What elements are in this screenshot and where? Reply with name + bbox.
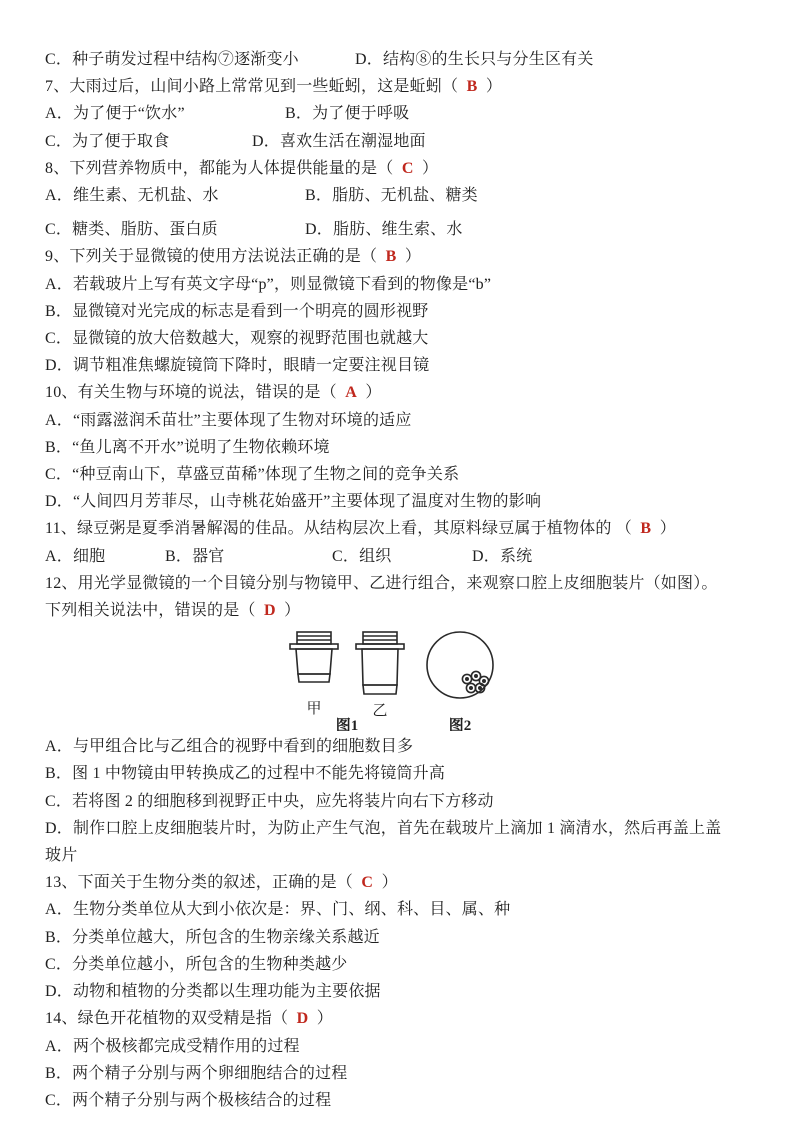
answer-letter: C: [402, 160, 414, 177]
text-segment: D．“人间四月芳菲尽，山寺桃花始盛开”主要体现了温度对生物的影响: [45, 493, 541, 510]
text-segment: D．调节粗准焦螺旋镜筒下降时，眼睛一定要注视目镜: [45, 357, 429, 374]
text-segment: D．脂肪、维生索、水: [305, 221, 463, 238]
text-segment: B．显微镜对光完成的标志是看到一个明亮的圆形视野: [45, 303, 428, 320]
text-segment: C．“种豆南山下，草盛豆苗稀”体现了生物之间的竞争关系: [45, 466, 459, 483]
field-of-view-icon: [427, 632, 493, 698]
answer-letter: D: [264, 602, 276, 619]
text-segment: ）: [357, 384, 382, 401]
question12-figure: 甲 乙 图1 图2: [37, 627, 747, 731]
text-segment: C．组织: [332, 543, 472, 570]
text-segment: ）: [396, 248, 421, 265]
text-segment: 12、用光学显微镜的一个目镜分别与物镜甲、乙进行组合，来观察口腔上皮细胞装片（如…: [45, 575, 718, 592]
text-segment: C．两个精子分别与两个极核结合的过程: [45, 1092, 331, 1109]
text-line: A．为了便于“饮水”B．为了便于呼吸: [45, 100, 755, 127]
microscope-figure-svg: 甲 乙 图1 图2: [267, 627, 517, 731]
text-line: B．分类单位越大，所包含的生物亲缘关系越近: [45, 924, 755, 951]
text-segment: B．图 1 中物镜由甲转换成乙的过程中不能先将镜筒升高: [45, 765, 445, 782]
text-line: B．两个精子分别与两个卵细胞结合的过程: [45, 1060, 755, 1087]
text-line: A．若载玻片上写有英文字母“p”，则显微镜下看到的物像是“b”: [45, 271, 755, 298]
text-segment: A．为了便于“饮水”: [45, 100, 285, 127]
text-line: D．制作口腔上皮细胞装片时，为防止产生气泡，首先在载玻片上滴加 1 滴清水，然后…: [45, 815, 755, 842]
text-line: 9、下列关于显微镜的使用方法说法正确的是（ B ）: [45, 243, 755, 270]
text-line: 11、绿豆粥是夏季消暑解渴的佳品。从结构层次上看，其原料绿豆属于植物体的 （ B…: [45, 515, 755, 542]
text-segment: 14、绿色开花植物的双受精是指（: [45, 1010, 297, 1027]
text-line: C．分类单位越小，所包含的生物种类越少: [45, 951, 755, 978]
text-line: 8、下列营养物质中，都能为人体提供能量的是（ C ）: [45, 155, 755, 182]
text-line: 玻片: [45, 842, 755, 869]
text-line: C．为了便于取食D．喜欢生活在潮湿地面: [45, 128, 755, 155]
text-segment: B．两个精子分别与两个卵细胞结合的过程: [45, 1065, 347, 1082]
text-segment: 11、绿豆粥是夏季消暑解渴的佳品。从结构层次上看，其原料绿豆属于植物体的 （: [45, 520, 640, 537]
text-segment: B．为了便于呼吸: [285, 105, 409, 122]
text-segment: A．细胞: [45, 543, 165, 570]
text-segment: 8、下列营养物质中，都能为人体提供能量的是（: [45, 160, 402, 177]
text-segment: ）: [373, 874, 398, 891]
text-segment: ）: [477, 78, 502, 95]
text-segment: A．维生素、无机盐、水: [45, 182, 305, 209]
text-line: 7、大雨过后，山间小路上常常见到一些蚯蚓，这是蚯蚓（ B ）: [45, 73, 755, 100]
text-segment: D．结构⑧的生长只与分生区有关: [355, 51, 594, 68]
text-line: B．显微镜对光完成的标志是看到一个明亮的圆形视野: [45, 298, 755, 325]
label-yi: 乙: [372, 703, 387, 719]
text-line: 12、用光学显微镜的一个目镜分别与物镜甲、乙进行组合，来观察口腔上皮细胞装片（如…: [45, 570, 755, 597]
text-segment: 10、有关生物与环境的说法，错误的是（: [45, 384, 345, 401]
text-line: C．若将图 2 的细胞移到视野正中央，应先将装片向右下方移动: [45, 788, 755, 815]
label-fig1: 图1: [336, 716, 359, 731]
text-segment: C．糖类、脂肪、蛋白质: [45, 216, 305, 243]
text-line: 13、下面关于生物分类的叙述，正确的是（ C ）: [45, 869, 755, 896]
answer-letter: D: [297, 1010, 309, 1027]
text-line: B．图 1 中物镜由甲转换成乙的过程中不能先将镜筒升高: [45, 760, 755, 787]
text-line: D．“人间四月芳菲尽，山寺桃花始盛开”主要体现了温度对生物的影响: [45, 488, 755, 515]
text-segment: D．喜欢生活在潮湿地面: [252, 133, 426, 150]
text-line: 10、有关生物与环境的说法，错误的是（ A ）: [45, 379, 755, 406]
text-segment: A．“雨露滋润禾苗壮”主要体现了生物对环境的适应: [45, 412, 412, 429]
text-line: A．与甲组合比与乙组合的视野中看到的细胞数目多: [45, 733, 755, 760]
text-segment: D．动物和植物的分类都以生理功能为主要依据: [45, 983, 381, 1000]
text-segment: ）: [276, 602, 301, 619]
text-line: D．动物和植物的分类都以生理功能为主要依据: [45, 978, 755, 1005]
answer-letter: B: [386, 248, 397, 265]
text-line: A．两个极核都完成受精作用的过程: [45, 1033, 755, 1060]
text-segment: B．器官: [165, 543, 332, 570]
objective-yi-icon: [356, 632, 404, 694]
text-line: A．生物分类单位从大到小依次是：界、门、纲、科、目、属、种: [45, 896, 755, 923]
text-line: 下列相关说法中，错误的是（ D ）: [45, 597, 755, 624]
text-line: C．种子萌发过程中结构⑦逐渐变小D．结构⑧的生长只与分生区有关: [45, 46, 755, 73]
text-segment: 13、下面关于生物分类的叙述，正确的是（: [45, 874, 361, 891]
text-line: C．显微镜的放大倍数越大，观察的视野范围也就越大: [45, 325, 755, 352]
label-jia: 甲: [306, 700, 321, 717]
answer-letter: C: [361, 874, 373, 891]
text-segment: 9、下列关于显微镜的使用方法说法正确的是（: [45, 248, 386, 265]
text-segment: C．为了便于取食: [45, 128, 252, 155]
text-segment: A．若载玻片上写有英文字母“p”，则显微镜下看到的物像是“b”: [45, 276, 491, 293]
text-line: C．“种豆南山下，草盛豆苗稀”体现了生物之间的竞争关系: [45, 461, 755, 488]
text-segment: D．制作口腔上皮细胞装片时，为防止产生气泡，首先在载玻片上滴加 1 滴清水，然后…: [45, 820, 721, 837]
text-segment: C．若将图 2 的细胞移到视野正中央，应先将装片向右下方移动: [45, 793, 494, 810]
text-segment: 玻片: [45, 847, 77, 864]
text-segment: 下列相关说法中，错误的是（: [45, 602, 264, 619]
text-segment: B．“鱼儿离不开水”说明了生物依赖环境: [45, 439, 330, 456]
text-segment: ）: [414, 160, 439, 177]
text-segment: ）: [308, 1010, 333, 1027]
text-segment: C．显微镜的放大倍数越大，观察的视野范围也就越大: [45, 330, 428, 347]
text-line: A．细胞B．器官C．组织D．系统: [45, 543, 755, 570]
exam-page: C．种子萌发过程中结构⑦逐渐变小D．结构⑧的生长只与分生区有关7、大雨过后，山间…: [0, 0, 793, 1122]
text-line: B．“鱼儿离不开水”说明了生物依赖环境: [45, 434, 755, 461]
text-line: D．调节粗准焦螺旋镜筒下降时，眼睛一定要注视目镜: [45, 352, 755, 379]
text-line: A．维生素、无机盐、水B．脂肪、无机盐、糖类: [45, 182, 755, 209]
text-segment: C．种子萌发过程中结构⑦逐渐变小: [45, 46, 355, 73]
text-segment: ）: [651, 520, 676, 537]
answer-letter: B: [640, 520, 651, 537]
text-segment: 7、大雨过后，山间小路上常常见到一些蚯蚓，这是蚯蚓（: [45, 78, 467, 95]
document-lines: C．种子萌发过程中结构⑦逐渐变小D．结构⑧的生长只与分生区有关7、大雨过后，山间…: [45, 46, 755, 1114]
answer-letter: B: [467, 78, 478, 95]
text-segment: A．生物分类单位从大到小依次是：界、门、纲、科、目、属、种: [45, 901, 510, 918]
text-segment: A．与甲组合比与乙组合的视野中看到的细胞数目多: [45, 738, 413, 755]
answer-letter: A: [345, 384, 357, 401]
text-segment: B．脂肪、无机盐、糖类: [305, 187, 478, 204]
text-line: C．糖类、脂肪、蛋白质D．脂肪、维生索、水: [45, 216, 755, 243]
text-segment: C．分类单位越小，所包含的生物种类越少: [45, 956, 347, 973]
text-segment: D．系统: [472, 548, 532, 565]
label-fig2: 图2: [449, 716, 472, 731]
objective-jia-icon: [290, 632, 338, 682]
text-segment: A．两个极核都完成受精作用的过程: [45, 1038, 300, 1055]
text-line: 14、绿色开花植物的双受精是指（ D ）: [45, 1005, 755, 1032]
text-segment: B．分类单位越大，所包含的生物亲缘关系越近: [45, 929, 380, 946]
text-line: A．“雨露滋润禾苗壮”主要体现了生物对环境的适应: [45, 407, 755, 434]
text-line: C．两个精子分别与两个极核结合的过程: [45, 1087, 755, 1114]
